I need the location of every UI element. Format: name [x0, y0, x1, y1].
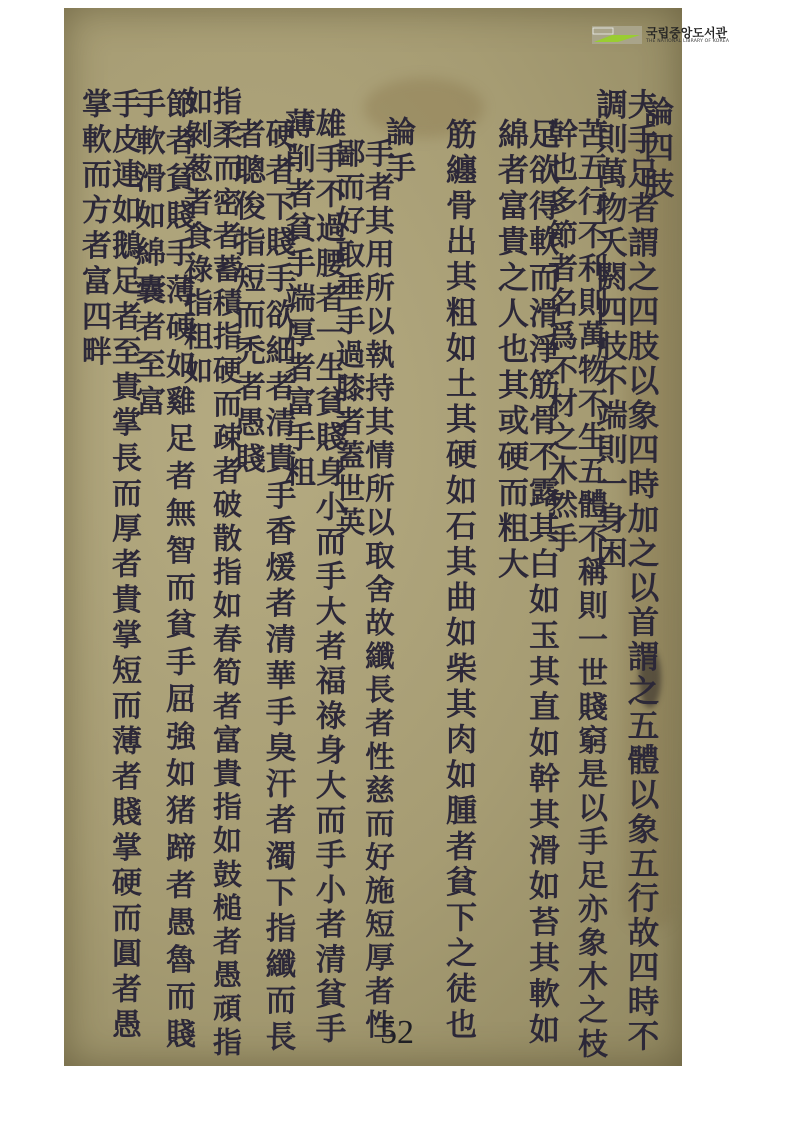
- page-number: 52: [380, 1014, 414, 1052]
- text-column: 手皮連如鵝足者至貴掌長而厚者貴掌短而薄者賤掌硬而圓者愚掌軟而方者富四畔: [78, 88, 138, 1066]
- text-column: 足欲得軟而滑淨筋骨不露其白如玉其直如幹其滑如苔其軟如綿者富貴之人也其或硬而粗大: [494, 118, 556, 1066]
- text-column: 筋纏骨出其粗如土其硬如石其曲如柴其肉如腫者貧下之徒也: [442, 118, 473, 1044]
- library-logo: 국립중앙도서관 THE NATIONAL LIBRARY OF KOREA: [592, 26, 732, 48]
- library-name-english: THE NATIONAL LIBRARY OF KOREA: [646, 39, 729, 44]
- library-logo-icon: [592, 26, 642, 44]
- manuscript-page: 論四肢 夫手足者謂之四肢以象四時加之以首謂之五體以象五行故四時不調則萬物夭閼四肢…: [64, 8, 682, 1066]
- text-column: 節者貧賤手薄硬如雞足者無智而貧手屈強如猪蹄者愚魯而賤手軟滑如綿囊者至富: [132, 88, 192, 1066]
